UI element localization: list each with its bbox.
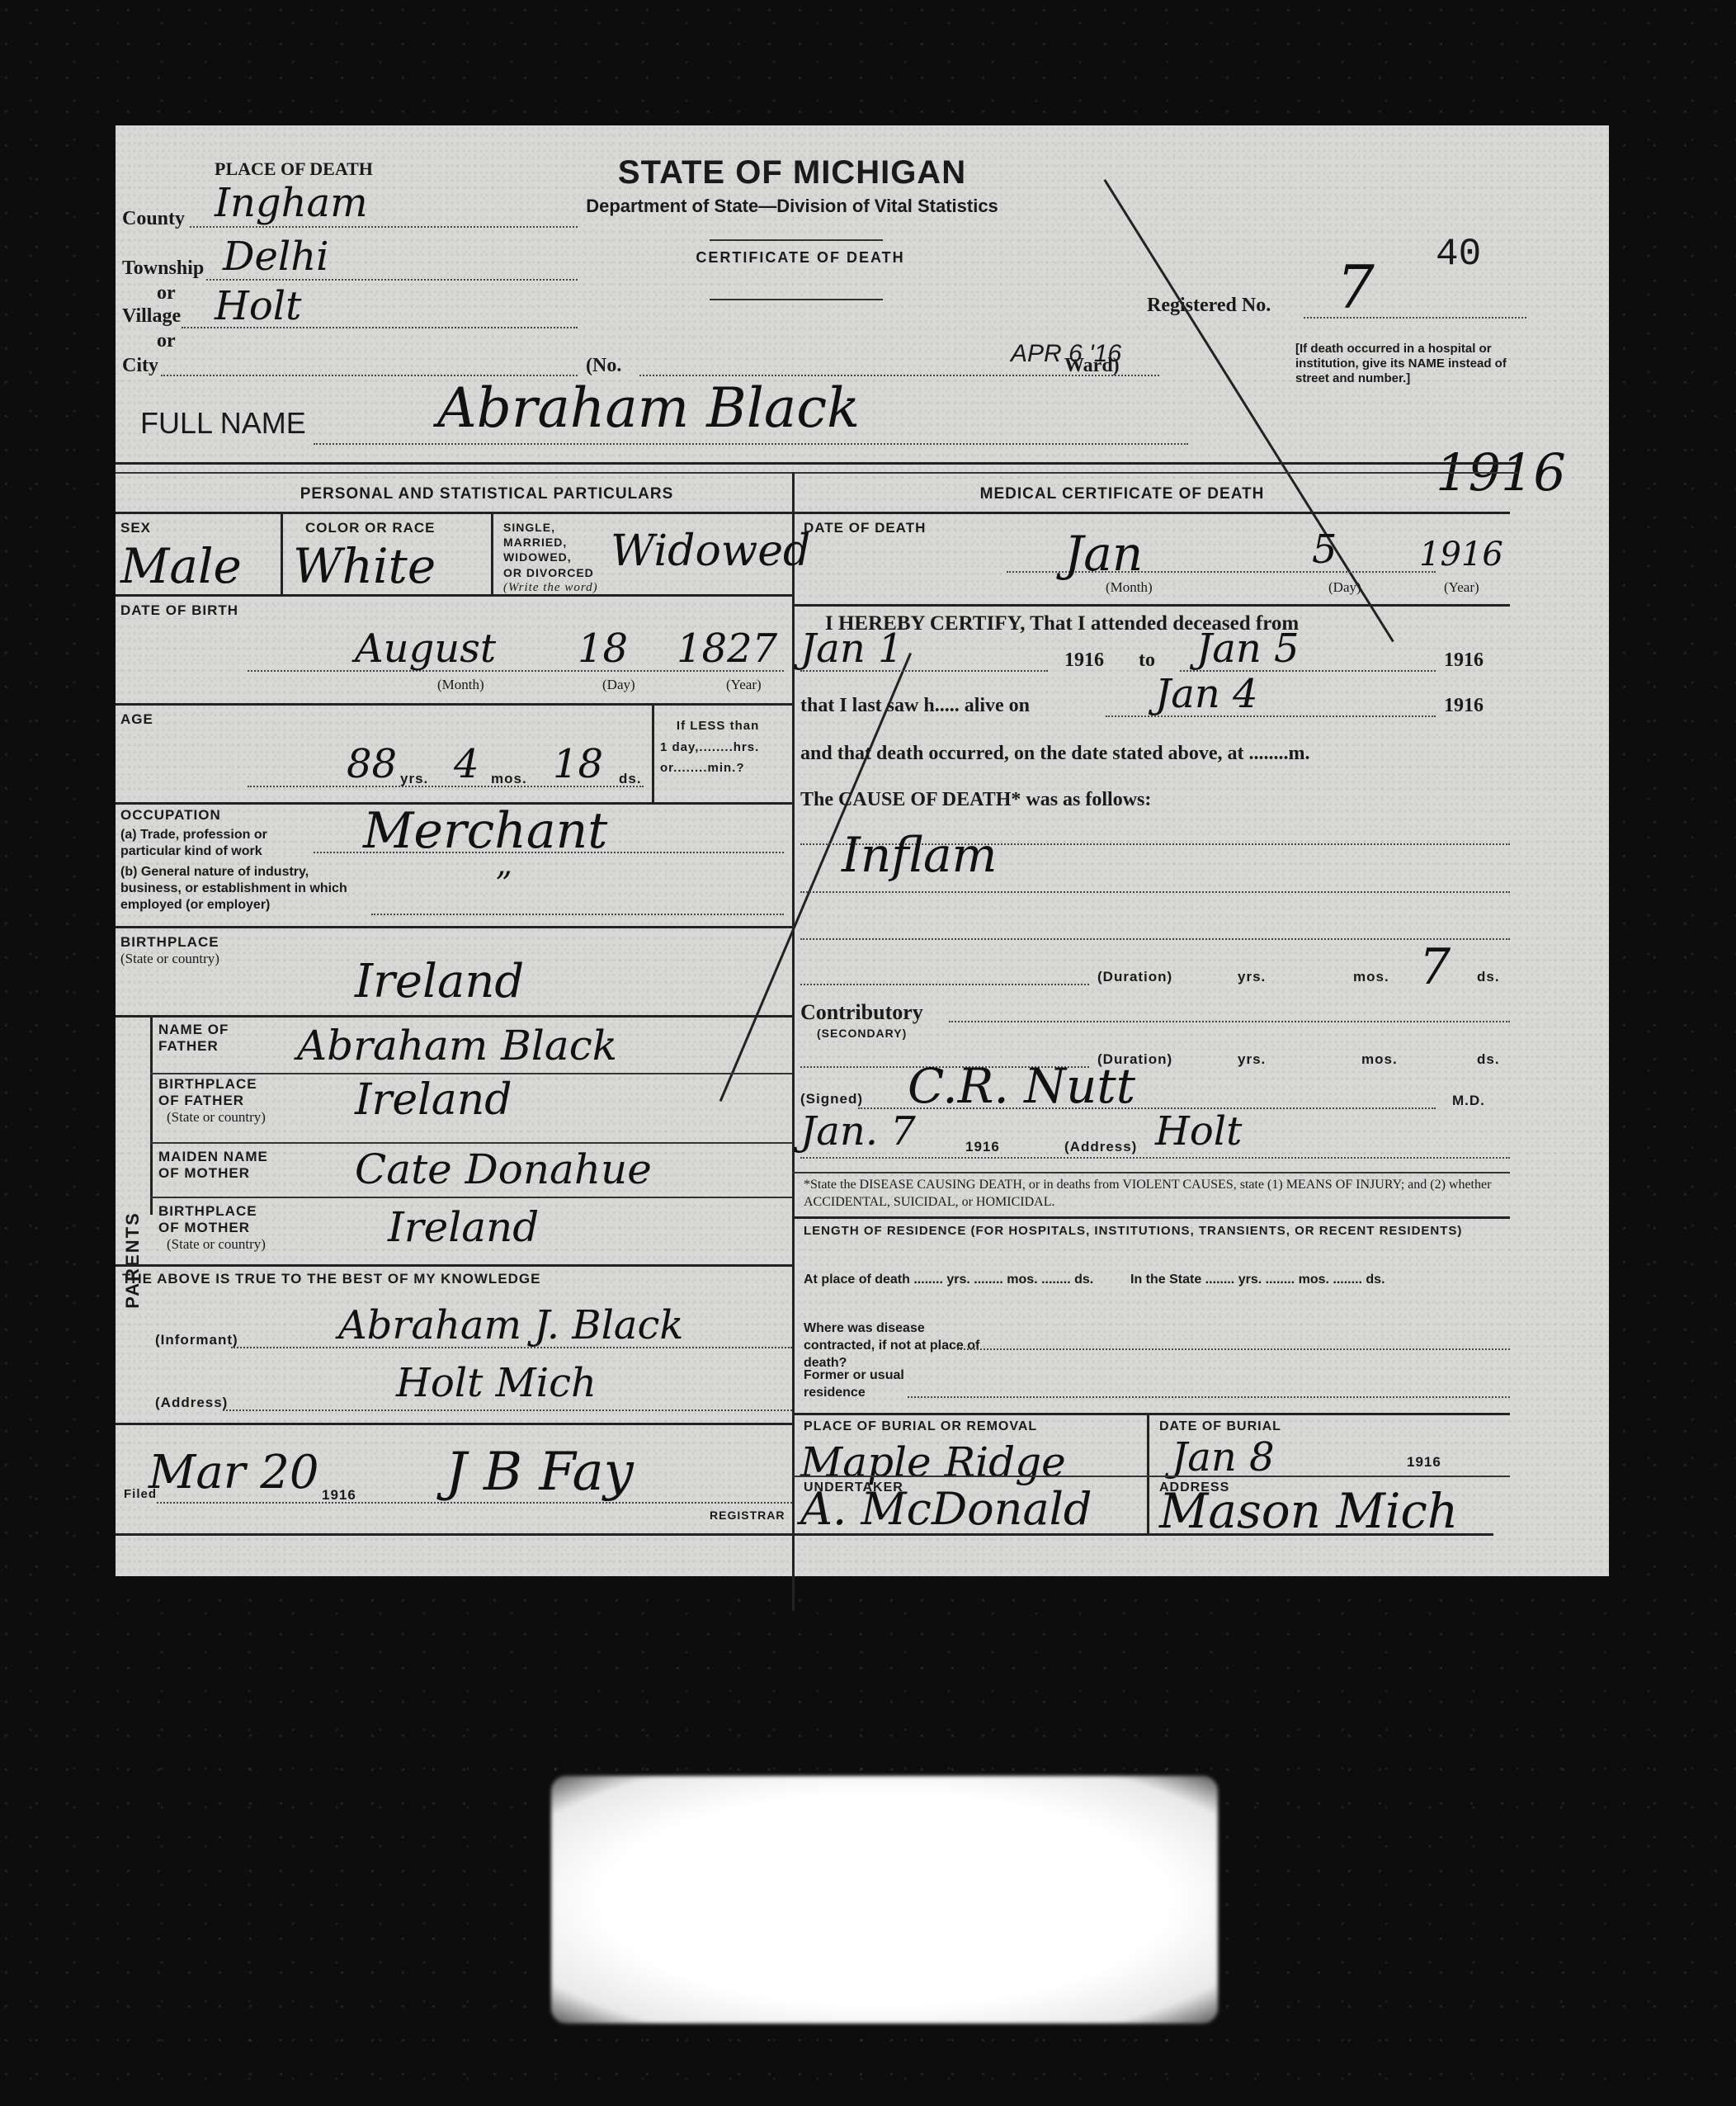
certificate-title: CERTIFICATE OF DEATH	[594, 249, 1007, 267]
marital-widowed: WIDOWED,	[503, 550, 598, 564]
contracted-line	[957, 1348, 1510, 1350]
less-than-block: If LESS than 1 day,........hrs. or......…	[660, 715, 759, 779]
color-divider	[491, 512, 493, 594]
parents-label-text: PARENTS	[122, 1211, 144, 1309]
dod-day: 5	[1312, 530, 1337, 569]
diagonal-strike-line	[1103, 179, 1394, 642]
informant-address-label: (Address)	[155, 1395, 228, 1411]
age-years: 88	[347, 744, 397, 784]
cause-mos: mos.	[1353, 969, 1389, 985]
sex-divider	[281, 512, 283, 594]
birthplace-value: Ireland	[355, 959, 524, 1005]
signed-address-label: (Address)	[1064, 1139, 1137, 1155]
county-label: County	[122, 208, 185, 230]
registrar-label: REGISTRAR	[710, 1509, 785, 1522]
occupation-a-label: (a) Trade, profession or particular kind…	[120, 827, 318, 860]
stamped-number: 40	[1436, 233, 1481, 276]
informant-value: Abraham J. Black	[338, 1306, 684, 1345]
attended-from: Jan 1	[800, 629, 903, 668]
birthplace-sub: (State or country)	[120, 951, 219, 967]
section-rule-top-inner	[116, 472, 1518, 474]
contributory-yrs: yrs.	[1238, 1051, 1266, 1068]
birthplace-label: BIRTHPLACE	[120, 934, 219, 951]
death-certificate: PLACE OF DEATH County Ingham Township or…	[116, 125, 1609, 1576]
mother-birthplace-sub: (State or country)	[167, 1236, 266, 1253]
state-title: STATE OF MICHIGAN	[545, 154, 1040, 191]
contributory-label: Contributory	[800, 1000, 923, 1025]
burial-date-value: Jan 8	[1172, 1438, 1275, 1477]
dob-year: 1827	[677, 629, 777, 668]
signed-label: (Signed)	[800, 1091, 863, 1107]
dod-day-caption: (Day)	[1328, 579, 1361, 596]
physician-signature: C.R. Nutt	[908, 1062, 1135, 1110]
registered-no-label: Registered No.	[1147, 295, 1271, 317]
signed-date-line	[800, 1157, 1510, 1159]
sex-label: SEX	[120, 520, 151, 536]
age-months: 4	[454, 744, 479, 784]
medical-rule	[792, 512, 1510, 514]
personal-rule	[116, 512, 792, 514]
father-value: Abraham Black	[297, 1025, 617, 1066]
medical-section-title: MEDICAL CERTIFICATE OF DEATH	[825, 485, 1419, 503]
mother-label: MAIDEN NAME OF MOTHER	[158, 1149, 290, 1182]
last-saw-text: that I last saw h..... alive on	[800, 695, 1030, 717]
burial-year: 1916	[1407, 1454, 1441, 1471]
place-of-death-label: PLACE OF DEATH	[215, 158, 373, 180]
undertaker-value: A. McDonald	[800, 1487, 1092, 1532]
dob-day-caption: (Day)	[602, 677, 635, 693]
signed-year: 1916	[965, 1139, 1000, 1155]
true-statement: THE ABOVE IS TRUE TO THE BEST OF MY KNOW…	[122, 1271, 541, 1287]
parents-rule	[116, 1015, 792, 1018]
burial-place-label: PLACE OF BURIAL OR REMOVAL	[804, 1419, 1037, 1434]
age-ds-unit: ds.	[619, 771, 642, 787]
dod-year: 1916	[1419, 538, 1503, 571]
marital-divorced: OR DIVORCED	[503, 565, 598, 580]
contracted-label: Where was disease contracted, if not at …	[804, 1320, 993, 1372]
column-divider	[792, 472, 795, 1611]
county-value: Ingham	[215, 183, 368, 223]
less-than-line-2: 1 day,........hrs.	[660, 737, 759, 758]
full-name-line	[314, 443, 1188, 445]
county-line	[190, 226, 578, 228]
registered-no-value: 7	[1337, 257, 1375, 317]
certify-rule	[792, 604, 1510, 607]
undertaker-address-value: Mason Mich	[1159, 1487, 1458, 1535]
attended-to: Jan 5	[1196, 629, 1300, 668]
death-occurred-text: and that death occurred, on the date sta…	[800, 743, 1310, 765]
attended-from-year: 1916	[1064, 649, 1104, 672]
mother-birthplace-rule	[150, 1197, 792, 1198]
color-value: White	[293, 542, 436, 590]
father-rule	[150, 1073, 792, 1074]
dob-label: DATE OF BIRTH	[120, 602, 238, 619]
informant-address-line	[223, 1410, 792, 1411]
full-name-label: FULL NAME	[140, 406, 306, 441]
at-place-of-death: At place of death ........ yrs. ........…	[804, 1273, 1150, 1287]
film-light-patch	[551, 1776, 1218, 2023]
age-rule	[116, 703, 792, 706]
section-rule-top	[116, 462, 1518, 465]
contributory-line	[949, 1021, 1510, 1022]
less-than-line-3: or........min.?	[660, 758, 759, 779]
filed-rule	[116, 1423, 792, 1425]
age-divider	[652, 703, 654, 802]
mother-value: Cate Donahue	[355, 1149, 652, 1190]
title-rule-top	[710, 239, 883, 241]
occupation-label: OCCUPATION	[120, 807, 221, 824]
dob-year-caption: (Year)	[726, 677, 762, 693]
parents-side-label: PARENTS	[120, 1190, 145, 1330]
dob-month: August	[355, 629, 496, 668]
md-label: M.D.	[1452, 1093, 1485, 1109]
cause-duration-line	[800, 984, 1089, 985]
or-label-1: or	[157, 282, 176, 305]
cause-duration-label: (Duration)	[1097, 969, 1172, 985]
occupation-b-label: (b) General nature of industry, business…	[120, 864, 368, 914]
personal-section-title: PERSONAL AND STATISTICAL PARTICULARS	[190, 485, 784, 503]
or-label-2: or	[157, 330, 176, 352]
last-saw-date: Jan 4	[1155, 674, 1258, 714]
father-birthplace-sub: (State or country)	[167, 1109, 266, 1126]
filed-date: Mar 20	[149, 1450, 319, 1496]
marital-value: Widowed	[611, 530, 810, 573]
occupation-b-value: ”	[495, 868, 512, 901]
street-no-label: (No.	[586, 355, 621, 377]
dob-day: 18	[578, 629, 628, 668]
in-the-state: In the State ........ yrs. ........ mos.…	[1130, 1273, 1510, 1287]
to-label: to	[1139, 649, 1155, 672]
hospital-note: [If death occurred in a hospital or inst…	[1295, 342, 1526, 386]
father-birthplace-value: Ireland	[355, 1079, 512, 1121]
burial-divider	[1147, 1413, 1149, 1533]
burial-date-label: DATE OF BURIAL	[1159, 1419, 1281, 1434]
color-label: COLOR OR RACE	[305, 520, 436, 536]
occupation-a-value: Merchant	[363, 806, 607, 856]
age-yrs-unit: yrs.	[400, 771, 428, 787]
cause-value: Inflam	[842, 831, 998, 879]
contributory-ds: ds.	[1477, 1051, 1500, 1068]
title-rule-bottom	[710, 299, 883, 300]
cause-line-2	[800, 891, 1510, 893]
marital-married: MARRIED,	[503, 535, 598, 550]
registrar-signature: J B Fay	[446, 1446, 634, 1499]
marital-labels: SINGLE, MARRIED, WIDOWED, OR DIVORCED (W…	[503, 520, 598, 596]
marital-single: SINGLE,	[503, 520, 598, 535]
footnote-rule	[792, 1172, 1510, 1173]
former-residence-line	[908, 1396, 1510, 1398]
signed-address-value: Holt	[1155, 1112, 1242, 1151]
cause-ds: ds.	[1477, 969, 1500, 985]
less-than-line-1: If LESS than	[660, 715, 759, 737]
dod-label: DATE OF DEATH	[804, 520, 926, 536]
department-title: Department of State—Division of Vital St…	[503, 196, 1081, 217]
informant-label: (Informant)	[155, 1332, 238, 1348]
cause-line-3	[800, 938, 1510, 940]
last-saw-year: 1916	[1444, 695, 1484, 717]
informant-address-value: Holt Mich	[396, 1363, 597, 1403]
dob-month-caption: (Month)	[437, 677, 484, 693]
township-label: Township	[122, 257, 204, 280]
township-value: Delhi	[223, 237, 329, 276]
secondary-label: (SECONDARY)	[817, 1027, 907, 1040]
cause-label: The CAUSE OF DEATH* was as follows:	[800, 789, 1151, 811]
sex-value: Male	[120, 542, 242, 590]
village-label: Village	[122, 305, 181, 328]
age-mos-unit: mos.	[491, 771, 527, 787]
father-birthplace-label: BIRTHPLACE OF FATHER	[158, 1076, 274, 1109]
contributory-mos: mos.	[1361, 1051, 1398, 1068]
residence-rule	[792, 1216, 1510, 1219]
age-label: AGE	[120, 711, 153, 728]
cause-yrs: yrs.	[1238, 969, 1266, 985]
city-label: City	[122, 355, 158, 377]
attended-to-year: 1916	[1444, 649, 1484, 672]
age-days: 18	[553, 744, 603, 784]
mother-birthplace-label: BIRTHPLACE OF MOTHER	[158, 1203, 274, 1236]
undertaker-rule	[792, 1476, 1510, 1477]
filed-year: 1916	[322, 1487, 356, 1504]
residence-label: LENGTH OF RESIDENCE (FOR HOSPITALS, INST…	[804, 1223, 1505, 1240]
mother-birthplace-value: Ireland	[388, 1206, 539, 1248]
full-name-value: Abraham Black	[437, 381, 860, 436]
dod-month-caption: (Month)	[1106, 579, 1153, 596]
burial-rule	[792, 1413, 1510, 1415]
parents-divider	[150, 1015, 153, 1215]
occupation-b-line	[371, 914, 784, 915]
father-label: NAME OF FATHER	[158, 1022, 257, 1055]
dob-rule	[116, 594, 792, 597]
birthplace-rule	[116, 926, 792, 928]
dod-month: Jan	[1064, 530, 1143, 578]
mother-rule	[150, 1142, 792, 1144]
cause-duration-days: 7	[1419, 942, 1451, 992]
dod-year-caption: (Year)	[1444, 579, 1479, 596]
village-value: Holt	[215, 286, 301, 326]
cause-footnote: *State the DISEASE CAUSING DEATH, or in …	[804, 1177, 1505, 1211]
informant-rule	[116, 1264, 792, 1267]
received-date-stamp: APR 6 '16	[1011, 340, 1121, 368]
signed-date: Jan. 7	[800, 1112, 916, 1151]
